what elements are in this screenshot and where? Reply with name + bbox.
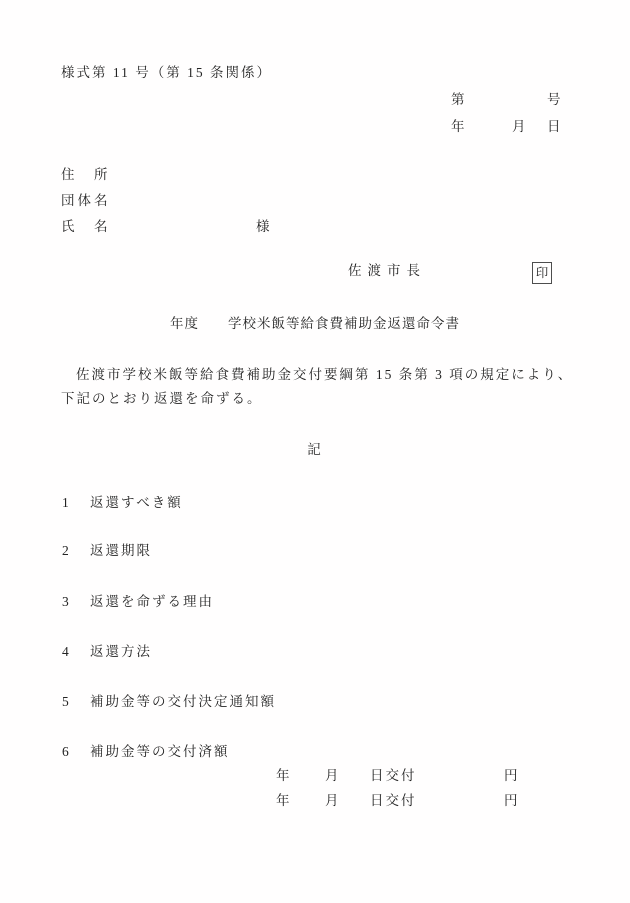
date-month-label: 月: [512, 117, 528, 137]
item-label: 返還方法: [90, 642, 152, 662]
item-label: 返還を命ずる理由: [90, 592, 214, 612]
grant-day-label: 日交付: [370, 791, 417, 811]
item-number: 2: [62, 541, 71, 561]
grant-yen-label: 円: [504, 791, 520, 811]
doc-number-suffix: 号: [547, 90, 563, 110]
item-number: 3: [62, 592, 71, 612]
doc-number-prefix: 第: [451, 90, 467, 110]
item-label: 返還期限: [90, 541, 152, 561]
grant-yen-label: 円: [504, 766, 520, 786]
date-year-label: 年: [451, 117, 467, 137]
honorific-label: 様: [256, 217, 272, 237]
organization-label: 団体名: [61, 191, 111, 211]
item-number: 6: [62, 742, 71, 762]
sender-title: 佐渡市長: [348, 261, 426, 281]
item-label: 補助金等の交付決定通知額: [90, 692, 276, 712]
item-number: 1: [62, 493, 71, 513]
grant-year-label: 年: [276, 766, 292, 786]
item-label: 補助金等の交付済額: [90, 742, 230, 762]
grant-month-label: 月: [325, 791, 341, 811]
document-page: 様式第 11 号（第 15 条関係） 第 号 年 月 日 住 所 団体名 氏 名…: [0, 0, 630, 903]
form-number: 様式第 11 号（第 15 条関係）: [61, 63, 272, 83]
list-marker: 記: [0, 440, 630, 460]
document-title: 年度 学校米飯等給食費補助金返還命令書: [0, 314, 630, 334]
address-label: 住 所: [61, 165, 111, 185]
grant-year-label: 年: [276, 791, 292, 811]
grant-month-label: 月: [325, 766, 341, 786]
body-line-1: 佐渡市学校米飯等給食費補助金交付要綱第 15 条第 3 項の規定により、: [76, 365, 573, 385]
item-number: 5: [62, 692, 71, 712]
date-day-label: 日: [547, 117, 563, 137]
item-label: 返還すべき額: [90, 493, 183, 513]
seal-mark: 印: [532, 262, 552, 284]
grant-day-label: 日交付: [370, 766, 417, 786]
name-label: 氏 名: [61, 217, 111, 237]
item-number: 4: [62, 642, 71, 662]
body-line-2: 下記のとおり返還を命ずる。: [61, 389, 263, 409]
